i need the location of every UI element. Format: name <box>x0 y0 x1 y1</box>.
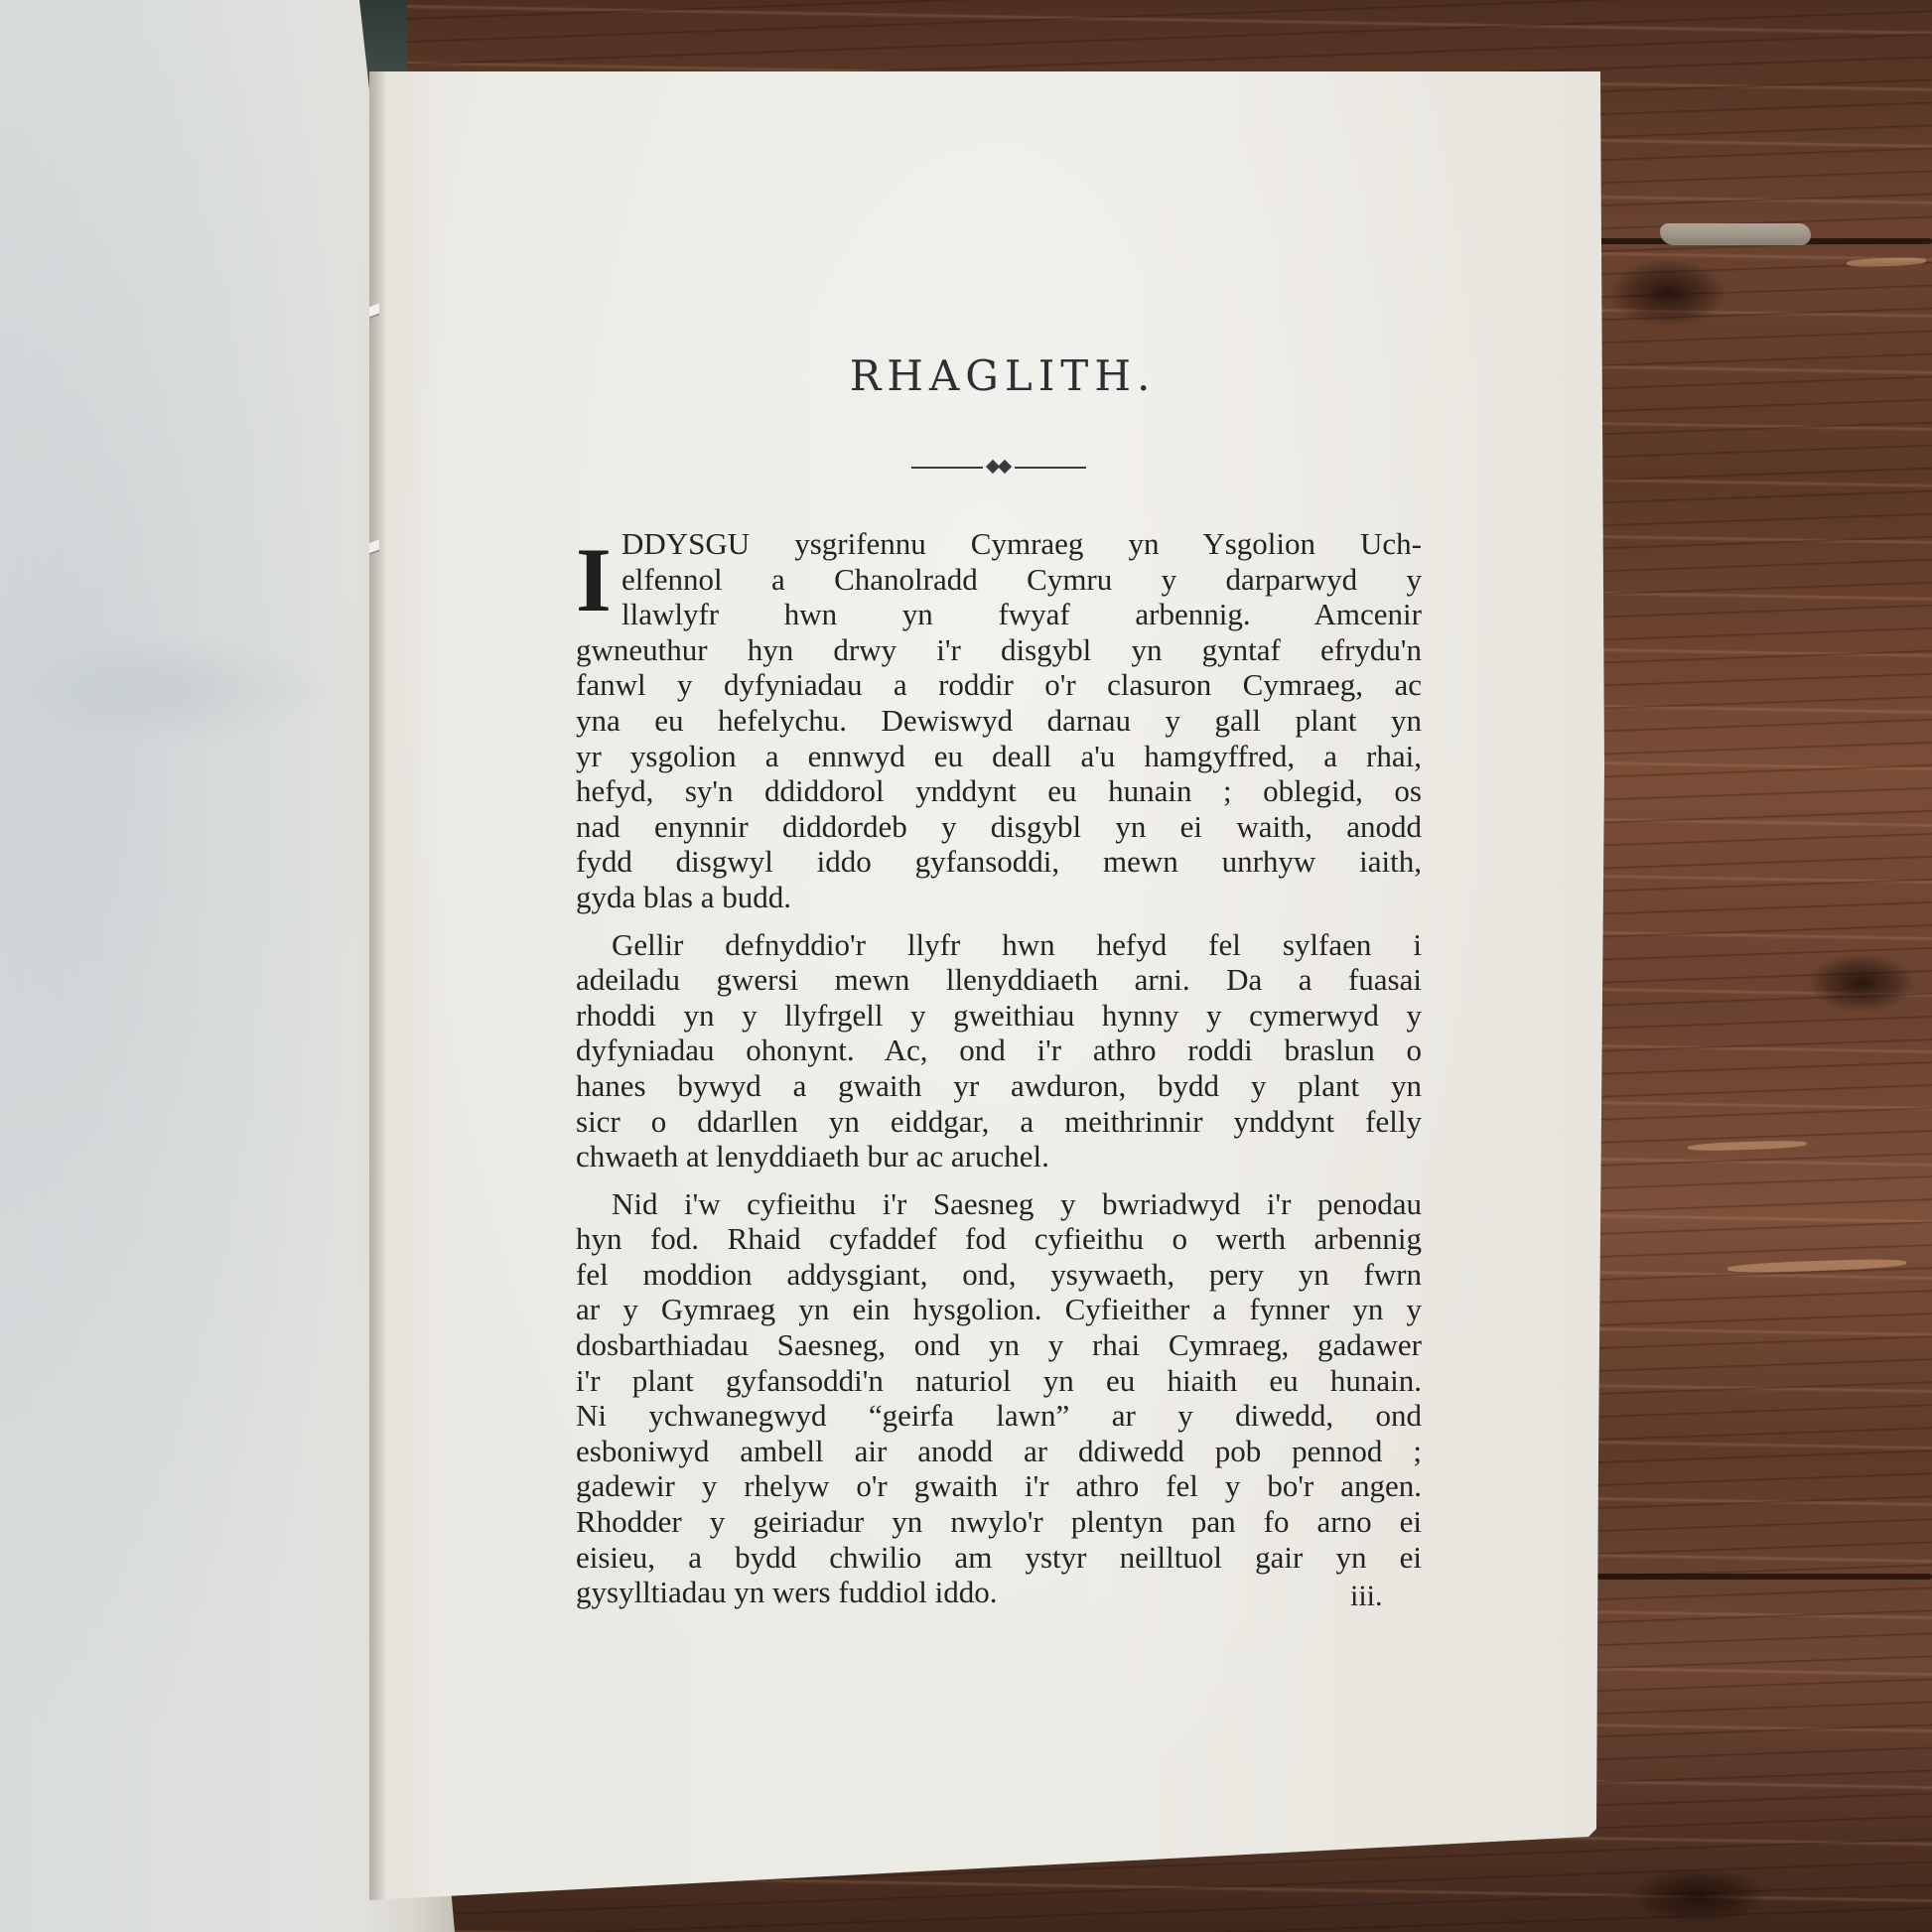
paragraph-3: Nid i'w cyfieithu i'r Saesneg y bwriadwy… <box>576 1186 1422 1610</box>
drop-cap: I <box>576 534 612 625</box>
text-line: chwaeth at lenyddiaeth bur ac aruchel. <box>576 1139 1422 1174</box>
text-line: rhoddi yn y llyfrgell y gweithiau hynny … <box>576 998 1422 1034</box>
ornament-rule <box>1015 467 1086 469</box>
wood-knot <box>1608 258 1727 328</box>
wood-plank-seam <box>1588 1574 1932 1580</box>
text-line: hanes bywyd a gwaith yr awduron, bydd y … <box>576 1068 1422 1104</box>
text-line: adeiladu gwersi mewn llenyddiaeth arni. … <box>576 962 1422 998</box>
page-number: iii. <box>1350 1580 1383 1613</box>
ornament-divider <box>911 461 1086 475</box>
ornament-rule <box>911 467 983 469</box>
text-line: fanwl y dyfyniadau a roddir o'r clasuron… <box>576 667 1422 703</box>
text-line: elfennol a Chanolradd Cymru y darparwyd … <box>576 562 1422 598</box>
text-line: Gellir defnyddio'r llyfr hwn hefyd fel s… <box>576 927 1422 963</box>
text-line: gadewir y rhelyw o'r gwaith i'r athro fe… <box>576 1468 1422 1504</box>
wood-knot <box>1807 953 1916 1013</box>
text-line: fydd disgwyl iddo gyfansoddi, mewn unrhy… <box>576 844 1422 880</box>
text-line: i'r plant gyfansoddi'n naturiol yn eu hi… <box>576 1363 1422 1399</box>
wood-knot <box>1628 1866 1767 1926</box>
text-line: gyda blas a budd. <box>576 880 1422 915</box>
text-line: llawlyfr hwn yn fwyaf arbennig. Amcenir <box>576 597 1422 632</box>
text-line: yna eu hefelychu. Dewiswyd darnau y gall… <box>576 703 1422 739</box>
text-line: hyn fod. Rhaid cyfaddef fod cyfieithu o … <box>576 1221 1422 1257</box>
text-line: nad enynnir diddordeb y disgybl yn ei wa… <box>576 809 1422 845</box>
text-line: fel moddion addysgiant, ond, ysywaeth, p… <box>576 1257 1422 1293</box>
text-line: esboniwyd ambell air anodd ar ddiwedd po… <box>576 1434 1422 1469</box>
page-title: RHAGLITH. <box>836 355 1170 397</box>
text-line: eisieu, a bydd chwilio am ystyr neilltuo… <box>576 1540 1422 1576</box>
text-line: sicr o ddarllen yn eiddgar, a meithrinni… <box>576 1104 1422 1140</box>
text-line: Rhodder y geiriadur yn nwylo'r plentyn p… <box>576 1504 1422 1540</box>
text-line: dyfyniadau ohonynt. Ac, ond i'r athro ro… <box>576 1033 1422 1068</box>
bleed-through-text <box>0 635 328 745</box>
text-line: hefyd, sy'n ddiddorol ynddynt eu hunain … <box>576 773 1422 809</box>
text-line: ar y Gymraeg yn ein hysgolion. Cyfieithe… <box>576 1292 1422 1327</box>
text-line: DDYSGU ysgrifennu Cymraeg yn Ysgolion Uc… <box>576 526 1422 562</box>
text-line: Nid i'w cyfieithu i'r Saesneg y bwriadwy… <box>576 1186 1422 1222</box>
diamond-icon <box>998 460 1012 474</box>
text-line: gwneuthur hyn drwy i'r disgybl yn gyntaf… <box>576 632 1422 668</box>
paragraph-1: I DDYSGU ysgrifennu Cymraeg yn Ysgolion … <box>576 526 1422 915</box>
text-line: Ni ychwanegwyd “geirfa lawn” ar y diwedd… <box>576 1398 1422 1434</box>
body-text: I DDYSGU ysgrifennu Cymraeg yn Ysgolion … <box>576 526 1422 1610</box>
text-line: dosbarthiadau Saesneg, ond yn y rhai Cym… <box>576 1327 1422 1363</box>
wax-drip <box>1660 223 1811 245</box>
text-line: yr ysgolion a ennwyd eu deall a'u hamgyf… <box>576 739 1422 774</box>
text-line: gysylltiadau yn wers fuddiol iddo. <box>576 1575 1422 1610</box>
page-content: RHAGLITH. I DDYSGU ysgrifennu Cymraeg yn… <box>369 71 1604 1904</box>
paragraph-2: Gellir defnyddio'r llyfr hwn hefyd fel s… <box>576 927 1422 1174</box>
right-page: RHAGLITH. I DDYSGU ysgrifennu Cymraeg yn… <box>369 71 1604 1904</box>
